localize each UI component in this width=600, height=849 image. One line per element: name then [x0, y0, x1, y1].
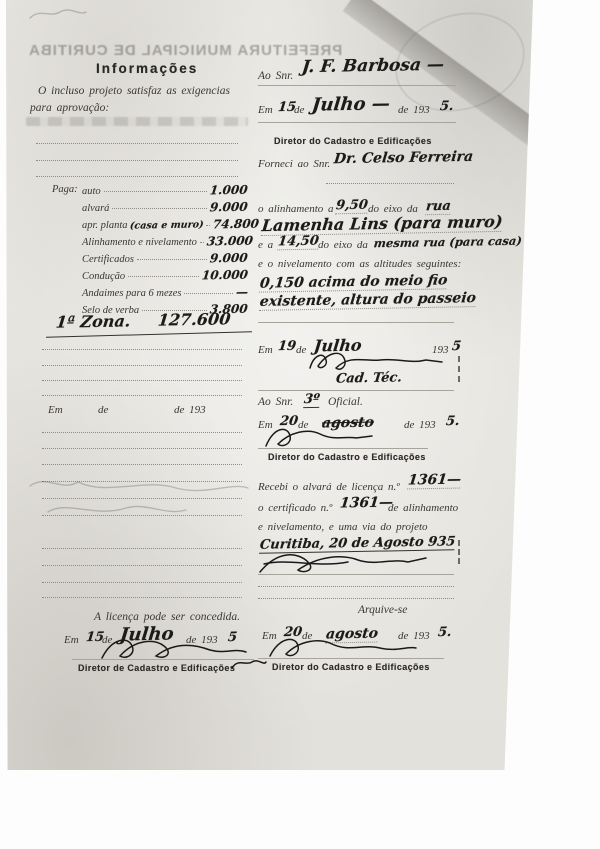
- dotted-leader: [137, 259, 208, 260]
- ruled-line: [42, 448, 242, 449]
- date1-de2: de 193: [398, 104, 430, 116]
- fee-value: 1.000: [210, 183, 249, 198]
- alinh-line2-b: do eixo da: [318, 239, 368, 251]
- dotted-leader: [104, 191, 208, 192]
- fee-value: 74.800: [212, 217, 260, 232]
- fee-row: Condução10.000: [82, 268, 248, 282]
- date2-de1: de: [296, 344, 306, 356]
- ruled-line: [42, 380, 242, 381]
- signature-rule: [258, 448, 428, 449]
- oficial-num: 3º: [303, 392, 320, 408]
- signature-rule: [72, 659, 254, 660]
- director-label-1: Diretor do Cadastro e Edificações: [274, 136, 432, 146]
- blank-date-de2: de 193: [174, 404, 206, 416]
- fees-prefix: Paga:: [52, 184, 78, 195]
- fee-value: 10.000: [201, 268, 249, 283]
- fee-row: apr. planta(casa e muro)74.800: [82, 217, 248, 231]
- recibo-line2-a: o certificado n.º: [258, 502, 332, 514]
- date1-de1: de: [294, 104, 304, 116]
- ruled-line: [42, 464, 242, 465]
- ruled-line: [36, 160, 238, 161]
- ruled-line: [36, 143, 238, 144]
- fornece-name: Dr. Celso Ferreira: [333, 149, 474, 167]
- fee-label: Andaimes para 6 mezes: [82, 288, 181, 299]
- fee-row: Alinhamento e nivelamento33.000: [82, 234, 248, 248]
- altitude-line-2: existente, altura do passeio: [259, 290, 477, 311]
- director-label-3: Diretor do Cadastro e Edificações: [272, 662, 430, 672]
- fee-label: apr. planta: [82, 220, 128, 231]
- fee-annotation: (casa e muro): [129, 219, 204, 231]
- ruled-line: [258, 598, 454, 599]
- ruled-line: [42, 597, 242, 598]
- signature-director-aug: [264, 424, 376, 450]
- recibo-line2-b: de alinhamento: [388, 502, 458, 514]
- total-underline: [46, 331, 252, 337]
- ruled-line: [36, 176, 238, 177]
- form-rule: [258, 574, 454, 575]
- dotted-leader: [184, 293, 233, 294]
- addressee1-to: Ao Snr.: [258, 70, 293, 82]
- ghost-stamp-bar: [26, 117, 248, 126]
- fornece-lead: Forneci ao Snr.: [258, 158, 330, 170]
- date3-year: 5.: [445, 414, 460, 429]
- date1-em: Em: [258, 104, 273, 116]
- ruled-line: [326, 183, 454, 184]
- fee-row: alvará9.000: [82, 200, 248, 214]
- recibo-line1: Recebi o alvará de licença n.º: [258, 481, 400, 493]
- fee-value: —: [235, 285, 248, 299]
- margin-tick: [458, 356, 460, 382]
- signature-rule: [258, 658, 444, 659]
- fee-value: 33.000: [206, 234, 254, 249]
- date4-year: 5.: [437, 625, 452, 640]
- arquive-label: Arquive-se: [358, 604, 407, 616]
- dotted-leader: [128, 276, 199, 277]
- form-rule: [258, 390, 454, 391]
- ruled-line: [42, 565, 242, 566]
- ruled-line: [42, 432, 242, 433]
- altitude-line-1: 0,150 acima do meio fio: [259, 272, 448, 292]
- margin-tick: [458, 540, 460, 564]
- recibo-line1-value: 1361—: [407, 472, 462, 490]
- dotted-leader: [206, 225, 210, 226]
- ghost-scribble: [26, 472, 251, 528]
- date2-year: 5: [451, 339, 462, 354]
- oficial-title: Oficial.: [328, 396, 363, 408]
- alinh-line2-c: mesma rua (para casa): [373, 234, 523, 251]
- alinh-line2-value: 14,50: [277, 234, 319, 251]
- date3-de2: de 193: [404, 419, 436, 431]
- fee-label: auto: [82, 186, 101, 197]
- informacoes-heading: Informações: [96, 61, 198, 76]
- blank-date-em: Em: [48, 404, 63, 416]
- ruled-line: [42, 582, 242, 583]
- fee-value: 9.000: [210, 251, 249, 266]
- fee-label: Condução: [82, 271, 125, 282]
- form-rule: [258, 122, 456, 123]
- ruled-line: [42, 365, 242, 366]
- recibo-line3: e nivelamento, e uma via do projeto: [258, 521, 428, 533]
- alinh-line2-a: e a: [258, 239, 273, 251]
- dotted-leader: [200, 242, 204, 243]
- date1-month: Julho —: [311, 93, 391, 115]
- ruled-line: [258, 586, 454, 587]
- fee-value: 9.000: [210, 200, 249, 215]
- intro-line-1: O incluso projeto satisfaz as exigencias: [38, 85, 230, 97]
- scan-background: { "ghost_header": "PREFEITURA MUNICIPAL …: [0, 0, 600, 849]
- fee-row: Andaimes para 6 mezes—: [82, 285, 248, 299]
- ghost-header-text: PREFEITURA MUNICIPAL DE CURITIBA: [28, 42, 342, 59]
- scanned-document-paper: PREFEITURA MUNICIPAL DE CURITIBA Informa…: [6, 0, 533, 770]
- form-rule: [258, 322, 454, 323]
- ruled-line: [42, 548, 242, 549]
- signature-recebi: [258, 548, 430, 576]
- date1-year: 5.: [439, 99, 454, 114]
- director-label-left: Diretor de Cadastro e Edificações: [78, 663, 235, 673]
- ghost-scribble: [28, 4, 88, 24]
- addressee1-name: J. F. Barbosa —: [301, 55, 445, 77]
- fee-label: alvará: [82, 203, 109, 214]
- director-label-2: Diretor do Cadastro e Edificações: [268, 452, 426, 462]
- alinh-line1-value: 9,50: [335, 198, 368, 215]
- street-name: Lamenha Lins (para muro): [261, 212, 504, 236]
- nivelamento-line: e o nivelamento com as altitudes seguint…: [258, 258, 461, 270]
- fee-total-value: 127.600: [157, 309, 232, 329]
- fee-row: Certificados9.000: [82, 251, 248, 265]
- ghost-scribble: [230, 656, 268, 672]
- approval-em: Em: [64, 634, 79, 646]
- date2-role: Cad. Téc.: [335, 370, 403, 386]
- fee-row: auto1.000: [82, 183, 248, 197]
- ruled-line: [42, 349, 242, 350]
- approval-sentence: A licença pode ser concedida.: [94, 611, 240, 623]
- recibo-line2-value: 1361—: [339, 495, 394, 512]
- fee-total-label: 1ª Zona.: [55, 311, 132, 331]
- fee-label: Certificados: [82, 254, 134, 265]
- form-rule: [258, 85, 456, 86]
- date2-em: Em: [258, 344, 273, 356]
- date2-day: 19: [277, 339, 297, 354]
- dotted-leader: [112, 208, 207, 209]
- alinh-line1-a: o alinhamento a: [258, 203, 334, 215]
- blank-date-de1: de: [98, 404, 108, 416]
- intro-line-2: para aprovação:: [30, 102, 109, 114]
- ruled-line: [42, 395, 242, 396]
- oficial-to: Ao Snr.: [258, 396, 293, 408]
- fee-label: Alinhamento e nivelamento: [82, 237, 197, 248]
